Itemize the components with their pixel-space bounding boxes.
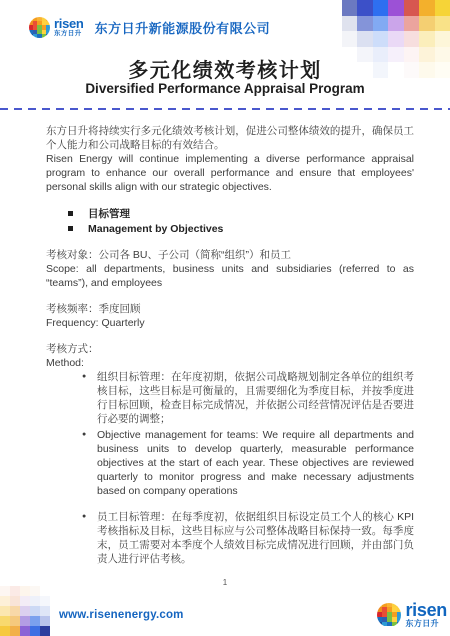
- intro-paragraph-en: Risen Energy will continue implementing …: [46, 152, 414, 194]
- mosaic-cell: [30, 626, 40, 636]
- section-heading-en-row: Management by Objectives: [46, 221, 414, 236]
- mosaic-cell: [20, 586, 30, 596]
- method-bullet-text: Objective management for teams: We requi…: [97, 429, 414, 497]
- mosaic-cell: [388, 0, 404, 16]
- document-body: 东方日升将持续实行多元化绩效考核计划，促进公司整体绩效的提升，确保员工个人能力和…: [46, 124, 414, 566]
- mosaic-cell: [10, 586, 20, 596]
- mosaic-cell: [10, 606, 20, 616]
- mosaic-cell: [20, 626, 30, 636]
- scope-zh: 考核对象：公司各 BU、子公司（简称“组织”）和员工: [46, 248, 414, 262]
- intro-section: 东方日升将持续实行多元化绩效考核计划，促进公司整体绩效的提升，确保员工个人能力和…: [46, 124, 414, 194]
- mosaic-cell: [30, 596, 40, 606]
- square-bullet-icon: [68, 211, 73, 216]
- mosaic-cell: [357, 31, 373, 47]
- mosaic-cell: [0, 626, 10, 636]
- mosaic-cell: [0, 616, 10, 626]
- risen-logo-lockup: risen 东方日升: [405, 601, 447, 628]
- method-bullet-text: 员工目标管理：在每季度初，依据组织目标设定员工个人的核心 KPI 考核指标及目标…: [97, 511, 414, 565]
- mosaic-cell: [373, 16, 389, 32]
- mosaic-cell: [342, 0, 358, 16]
- intro-paragraph-zh: 东方日升将持续实行多元化绩效考核计划，促进公司整体绩效的提升，确保员工个人能力和…: [46, 124, 414, 152]
- mosaic-cell: [342, 31, 358, 47]
- bullet-icon: ●: [82, 510, 86, 524]
- mosaic-cell: [30, 606, 40, 616]
- mosaic-cell: [40, 596, 50, 606]
- document-title-zh: 多元化绩效考核计划: [0, 54, 450, 83]
- risen-logo-subtext: 东方日升: [54, 31, 84, 38]
- method-bullet-text: 组织目标管理：在年度初期，依据公司战略规划制定各单位的组织考核目标，这些目标是可…: [97, 371, 414, 425]
- mosaic-cell: [357, 16, 373, 32]
- section-heading-en: Management by Objectives: [88, 222, 223, 236]
- method-bullet-item: ●组织目标管理：在年度初期，依据公司战略规划制定各单位的组织考核目标，这些目标是…: [82, 370, 414, 426]
- decorative-mosaic-bottom-left: [0, 586, 50, 636]
- mosaic-cell: [419, 31, 435, 47]
- mosaic-cell: [388, 31, 404, 47]
- risen-logo-icon: [377, 603, 401, 627]
- mosaic-cell: [30, 616, 40, 626]
- mosaic-cell: [46, 34, 50, 38]
- bullet-icon: ●: [82, 370, 86, 384]
- document-page: risen 东方日升 东方日升新能源股份有限公司 多元化绩效考核计划 Diver…: [0, 0, 450, 636]
- page-number: 1: [0, 578, 450, 587]
- company-name: 东方日升新能源股份有限公司: [95, 18, 271, 37]
- footer-brand: risen 东方日升: [377, 601, 447, 628]
- section-headings: 目标管理 Management by Objectives: [46, 206, 414, 236]
- mosaic-cell: [388, 16, 404, 32]
- mosaic-cell: [0, 596, 10, 606]
- scope-en: Scope: all departments, business units a…: [46, 262, 414, 290]
- mosaic-cell: [40, 586, 50, 596]
- mosaic-cell: [435, 0, 450, 16]
- mosaic-cell: [373, 31, 389, 47]
- method-list: ●组织目标管理：在年度初期，依据公司战略规划制定各单位的组织考核目标，这些目标是…: [46, 370, 414, 566]
- mosaic-cell: [342, 16, 358, 32]
- mosaic-cell: [435, 31, 450, 47]
- mosaic-cell: [40, 626, 50, 636]
- risen-logo-subtext: 东方日升: [405, 620, 447, 628]
- mosaic-cell: [404, 0, 420, 16]
- mosaic-cell: [10, 626, 20, 636]
- risen-logo-text: risen: [405, 601, 447, 619]
- mosaic-cell: [20, 606, 30, 616]
- risen-logo-text: risen: [54, 17, 84, 30]
- mosaic-cell: [0, 606, 10, 616]
- mosaic-cell: [373, 0, 389, 16]
- mosaic-cell: [404, 31, 420, 47]
- mosaic-cell: [435, 16, 450, 32]
- mosaic-cell: [40, 616, 50, 626]
- risen-logo-lockup: risen 东方日升: [54, 17, 84, 38]
- mosaic-cell: [20, 616, 30, 626]
- mosaic-cell: [10, 616, 20, 626]
- mosaic-cell: [10, 596, 20, 606]
- method-block: 考核方式： Method:: [46, 342, 414, 370]
- mosaic-cell: [404, 16, 420, 32]
- risen-logo-icon: [29, 17, 50, 38]
- section-heading-zh-row: 目标管理: [46, 206, 414, 221]
- website-link[interactable]: www.risenenergy.com: [59, 609, 184, 621]
- company-header: risen 东方日升 东方日升新能源股份有限公司: [29, 17, 270, 38]
- square-bullet-icon: [68, 226, 73, 231]
- section-heading-zh: 目标管理: [88, 207, 130, 221]
- mosaic-cell: [40, 606, 50, 616]
- mosaic-cell: [20, 596, 30, 606]
- mosaic-cell: [0, 586, 10, 596]
- mosaic-cell: [419, 0, 435, 16]
- mosaic-cell: [419, 16, 435, 32]
- method-bullet-item: ●员工目标管理：在每季度初，依据组织目标设定员工个人的核心 KPI 考核指标及目…: [82, 510, 414, 566]
- frequency-block: 考核频率：季度回顾 Frequency: Quarterly: [46, 302, 414, 330]
- mosaic-cell: [30, 586, 40, 596]
- method-en: Method:: [46, 356, 414, 370]
- frequency-en: Frequency: Quarterly: [46, 316, 414, 330]
- frequency-zh: 考核频率：季度回顾: [46, 302, 414, 316]
- scope-block: 考核对象：公司各 BU、子公司（简称“组织”）和员工 Scope: all de…: [46, 248, 414, 290]
- bullet-icon: ●: [82, 428, 86, 442]
- mosaic-cell: [357, 0, 373, 16]
- mosaic-cell: [397, 622, 402, 627]
- dashed-divider: [0, 108, 450, 110]
- method-bullet-item: ●Objective management for teams: We requ…: [82, 428, 414, 498]
- method-zh: 考核方式：: [46, 342, 414, 356]
- document-title-en: Diversified Performance Appraisal Progra…: [0, 81, 450, 96]
